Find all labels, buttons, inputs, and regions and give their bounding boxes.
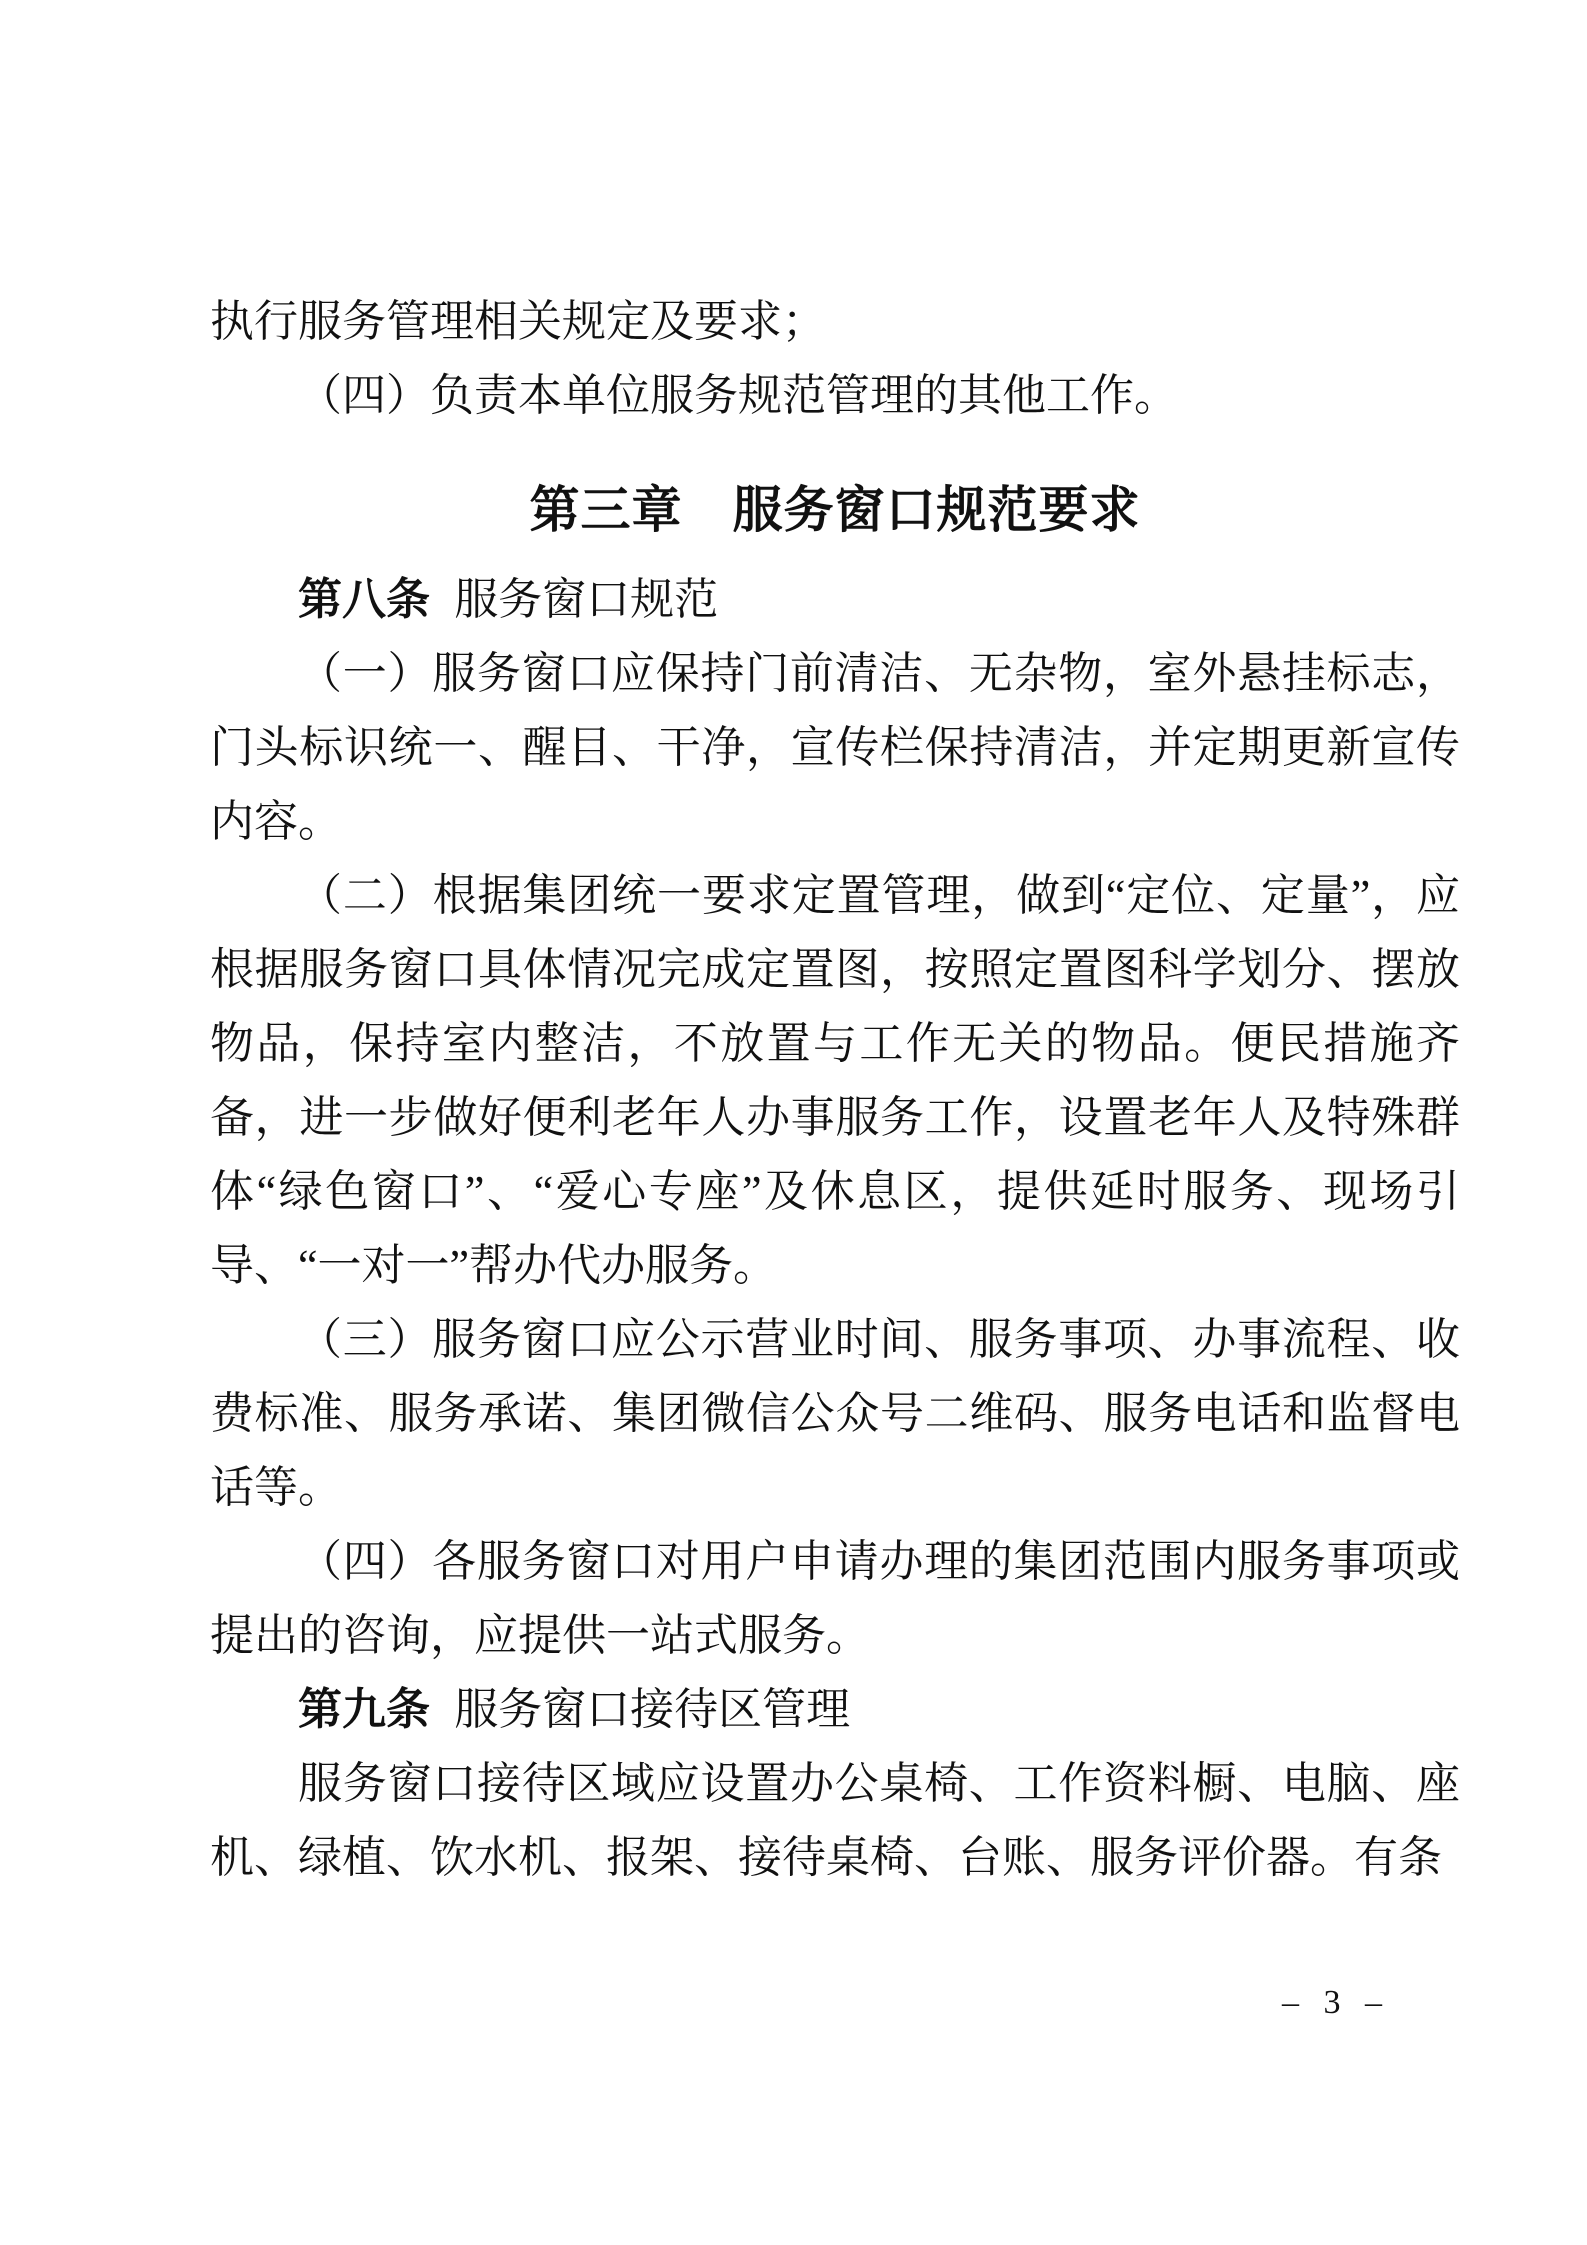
article-8-number-label: 第八条	[298, 575, 430, 624]
paragraph-prev-article-item-4: （四）负责本单位服务规范管理的其他工作。	[210, 359, 1460, 433]
chapter-title: 服务窗口规范要求	[733, 482, 1141, 538]
document-body: 执行服务管理相关规定及要求； （四）负责本单位服务规范管理的其他工作。 第三章服…	[210, 285, 1460, 1895]
article-8-item-4: （四）各服务窗口对用户申请办理的集团范围内服务事项或提出的咨询，应提供一站式服务…	[210, 1525, 1460, 1673]
article-8-heading: 第八条服务窗口规范	[210, 563, 1460, 637]
chapter-heading: 第三章服务窗口规范要求	[210, 473, 1460, 547]
article-8-item-2: （二）根据集团统一要求定置管理，做到“定位、定量”，应根据服务窗口具体情况完成定…	[210, 859, 1460, 1303]
article-8-title: 服务窗口规范	[454, 575, 718, 624]
article-9-heading: 第九条服务窗口接待区管理	[210, 1673, 1460, 1747]
chapter-number: 第三章	[530, 482, 683, 538]
document-page: 执行服务管理相关规定及要求； （四）负责本单位服务规范管理的其他工作。 第三章服…	[0, 0, 1587, 2245]
page-number: – 3 –	[1282, 1983, 1390, 2023]
article-9-body-paragraph: 服务窗口接待区域应设置办公桌椅、工作资料橱、电脑、座机、绿植、饮水机、报架、接待…	[210, 1747, 1460, 1895]
article-8-item-1: （一）服务窗口应保持门前清洁、无杂物，室外悬挂标志，门头标识统一、醒目、干净，宣…	[210, 637, 1460, 859]
article-9-number-label: 第九条	[298, 1685, 430, 1734]
article-8-item-3: （三）服务窗口应公示营业时间、服务事项、办事流程、收费标准、服务承诺、集团微信公…	[210, 1303, 1460, 1525]
paragraph-continuation: 执行服务管理相关规定及要求；	[210, 285, 1460, 359]
article-9-title: 服务窗口接待区管理	[454, 1685, 850, 1734]
